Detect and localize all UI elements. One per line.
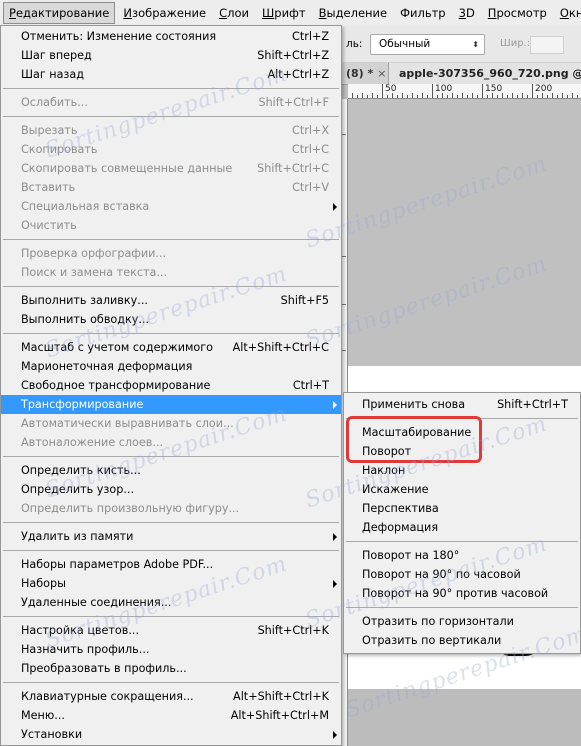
edit-menu-item-преобразовать-в-профиль[interactable]: Преобразовать в профиль... <box>1 659 341 678</box>
menubar-item-6[interactable]: 3D <box>454 2 480 24</box>
document-tab-active[interactable]: apple-307356_960_720.png @ 100% <box>388 63 581 85</box>
menu-item-label: Меню... <box>21 709 65 722</box>
transform-item-отразить-по-вертикали[interactable]: Отразить по вертикали <box>344 631 580 650</box>
transform-item-поворот-на-90-по-часовой[interactable]: Поворот на 90° по часовой <box>344 565 580 584</box>
canvas-pasteboard <box>348 99 581 366</box>
menu-separator <box>3 88 339 89</box>
menu-item-label: Масштаб с учетом содержимого <box>21 341 213 354</box>
ruler-tick <box>397 95 398 98</box>
ruler-tick <box>402 93 403 98</box>
menu-item-label: Отразить по горизонтали <box>362 615 514 628</box>
menubar-item-7[interactable]: Просмотр <box>483 2 552 24</box>
submenu-arrow-icon <box>333 731 337 739</box>
menu-item-label: Определить произвольную фигуру... <box>21 502 239 515</box>
menubar-item-8[interactable]: Окно <box>555 2 581 24</box>
menu-item-shortcut: Shift+Ctrl+K <box>258 621 329 640</box>
menu-item-label: Вырезать <box>21 124 77 137</box>
menu-separator <box>3 239 339 240</box>
transform-item-применить-снова[interactable]: Применить сноваShift+Ctrl+T <box>344 395 580 414</box>
menu-item-shortcut: Ctrl+X <box>292 121 329 140</box>
menu-item-label: Клавиатурные сокращения... <box>21 690 194 703</box>
menu-item-label: Поворот на 90° против часовой <box>362 587 548 600</box>
ruler-label: 100 <box>432 84 452 94</box>
edit-menu-item-выполнить-заливку[interactable]: Выполнить заливку...Shift+F5 <box>1 291 341 310</box>
menu-item-shortcut: Shift+Ctrl+F <box>258 93 329 112</box>
menu-bar: РедактированиеИзображениеСлоиШрифтВыделе… <box>0 0 581 26</box>
ruler-tick <box>557 95 558 98</box>
ruler-tick <box>422 93 423 98</box>
edit-menu-item-наборы[interactable]: Наборы <box>1 574 341 593</box>
menu-item-label: Отразить по вертикали <box>362 634 501 647</box>
ruler-tick <box>447 95 448 98</box>
menu-separator <box>3 682 339 683</box>
menu-item-label: Свободное трансформирование <box>21 379 210 392</box>
menu-item-label: Перспектива <box>362 502 439 515</box>
edit-menu: Отменить: Изменение состоянияCtrl+ZШаг в… <box>0 25 342 746</box>
menu-item-shortcut: Ctrl+T <box>293 376 329 395</box>
transform-item-перспектива[interactable]: Перспектива <box>344 499 580 518</box>
menu-separator <box>3 286 339 287</box>
ruler-tick <box>562 93 563 98</box>
menu-item-label: Шаг назад <box>21 68 84 81</box>
menu-item-shortcut: Shift+Ctrl+T <box>497 395 568 414</box>
menu-item-label: Ослабить... <box>21 96 88 109</box>
menu-separator <box>346 541 578 542</box>
transform-item-наклон[interactable]: Наклон <box>344 461 580 480</box>
menu-item-label: Шаг вперед <box>21 49 92 62</box>
menu-item-label: Назначить профиль... <box>21 643 149 656</box>
menu-separator <box>3 616 339 617</box>
ruler-label: 50 <box>382 84 396 94</box>
menu-item-shortcut: Shift+F5 <box>281 291 329 310</box>
menu-item-label: Преобразовать в профиль... <box>21 662 187 675</box>
transform-item-искажение[interactable]: Искажение <box>344 480 580 499</box>
edit-menu-item-вырезать: ВырезатьCtrl+X <box>1 121 341 140</box>
edit-menu-item-скопировать: СкопироватьCtrl+C <box>1 140 341 159</box>
menu-item-label: Поиск и замена текста... <box>21 266 167 279</box>
menu-item-label: Очистить <box>21 219 77 232</box>
menu-item-label: Скопировать совмещенные данные <box>21 162 232 175</box>
menu-item-label: Скопировать <box>21 143 98 156</box>
edit-menu-item-проверка-орфографии: Проверка орфографии... <box>1 244 341 263</box>
edit-menu-item-определить-узор[interactable]: Определить узор... <box>1 480 341 499</box>
edit-menu-item-назначить-профиль[interactable]: Назначить профиль... <box>1 640 341 659</box>
ruler-tick <box>472 93 473 98</box>
menu-item-label: Наборы <box>21 577 66 590</box>
ruler-tick <box>572 93 573 98</box>
ruler-tick <box>357 95 358 98</box>
menu-item-label: Определить узор... <box>21 483 134 496</box>
menu-item-label: Применить снова <box>362 398 465 411</box>
menu-item-shortcut: Shift+Ctrl+Z <box>257 46 329 65</box>
submenu-arrow-icon <box>333 203 337 211</box>
width-input[interactable] <box>530 36 564 54</box>
edit-menu-item-отменить-изменение-состояния[interactable]: Отменить: Изменение состоянияCtrl+Z <box>1 27 341 46</box>
menu-item-shortcut: Alt+Shift+Ctrl+K <box>233 687 329 706</box>
menu-item-label: Искажение <box>362 483 429 496</box>
edit-menu-item-свободное-трансформирование[interactable]: Свободное трансформированиеCtrl+T <box>1 376 341 395</box>
ruler-tick <box>467 95 468 98</box>
menu-item-label: Трансформирование <box>21 398 143 411</box>
menu-item-shortcut: Alt+Shift+Ctrl+C <box>233 338 329 357</box>
menu-item-label: Специальная вставка <box>21 200 149 213</box>
menu-item-label: Наборы параметров Adobe PDF... <box>21 558 213 571</box>
menu-item-label: Вставить <box>21 181 75 194</box>
tab-title: (8) * <box>346 67 373 80</box>
transform-item-поворот-на-180[interactable]: Поворот на 180° <box>344 546 580 565</box>
ruler-tick <box>367 95 368 98</box>
ruler-label: 150 <box>482 84 502 94</box>
edit-menu-item-шаг-вперед[interactable]: Шаг впередShift+Ctrl+Z <box>1 46 341 65</box>
edit-menu-item-наборы-параметров-adobe-pdf[interactable]: Наборы параметров Adobe PDF... <box>1 555 341 574</box>
edit-menu-item-определить-произвольную-фигуру: Определить произвольную фигуру... <box>1 499 341 518</box>
ruler-tick <box>462 93 463 98</box>
menu-item-shortcut: Alt+Shift+Ctrl+M <box>231 706 329 725</box>
menubar-item-5[interactable]: Фильтр <box>395 2 451 24</box>
edit-menu-item-трансформирование[interactable]: Трансформирование <box>1 395 341 414</box>
document-tab-previous[interactable]: (8) *× <box>346 63 387 85</box>
close-icon[interactable]: × <box>377 67 386 80</box>
menubar-item-3[interactable]: Шрифт <box>257 2 311 24</box>
ruler-tick <box>527 95 528 98</box>
ruler-label: 200 <box>532 84 552 94</box>
edit-menu-item-вставить: ВставитьCtrl+V <box>1 178 341 197</box>
menu-item-label: Автоматически выравнивать слои... <box>21 417 234 430</box>
menu-item-label: Поворот на 90° по часовой <box>362 568 521 581</box>
ruler-tick <box>567 95 568 98</box>
edit-menu-item-масштаб-с-учетом-содержимого[interactable]: Масштаб с учетом содержимогоAlt+Shift+Ct… <box>1 338 341 357</box>
width-label: Шир.: <box>500 38 530 49</box>
blend-mode-value: Обычный <box>379 38 430 50</box>
menu-item-label: Деформация <box>362 521 438 534</box>
menu-separator <box>3 522 339 523</box>
menu-item-shortcut: Ctrl+C <box>292 140 329 159</box>
submenu-arrow-icon <box>333 401 337 409</box>
edit-menu-item-марионеточная-деформация[interactable]: Марионеточная деформация <box>1 357 341 376</box>
menu-item-label: Отменить: Изменение состояния <box>21 30 216 43</box>
ruler-tick <box>487 95 488 98</box>
menu-separator <box>3 116 339 117</box>
menubar-item-0[interactable]: Редактирование <box>3 2 115 24</box>
menu-item-shortcut: Ctrl+V <box>292 178 329 197</box>
menu-item-label: Проверка орфографии... <box>21 247 166 260</box>
canvas-pasteboard-bottom <box>348 689 581 746</box>
ruler-tick <box>407 95 408 98</box>
ruler-tick <box>507 95 508 98</box>
edit-menu-item-поиск-и-замена-текста: Поиск и замена текста... <box>1 263 341 282</box>
ruler-tick <box>417 95 418 98</box>
menu-item-label: Наклон <box>362 464 405 477</box>
mode-label: ль: <box>346 38 362 50</box>
menubar-item-1[interactable]: Изображение <box>118 2 211 24</box>
ruler-tick <box>372 93 373 98</box>
ruler-tick <box>537 95 538 98</box>
edit-menu-item-удаленные-соединения[interactable]: Удаленные соединения... <box>1 593 341 612</box>
blend-mode-select[interactable]: Обычный ⬍ <box>370 34 485 55</box>
annotation-highlight-box <box>346 416 482 463</box>
menu-item-shortcut: Alt+Ctrl+Z <box>268 65 329 84</box>
ruler-tick <box>477 95 478 98</box>
ruler-tick <box>457 95 458 98</box>
edit-menu-item-меню[interactable]: Меню...Alt+Shift+Ctrl+M <box>1 706 341 725</box>
ruler-tick <box>412 93 413 98</box>
menu-item-label: Выполнить заливку... <box>21 294 148 307</box>
menu-item-shortcut: Ctrl+Z <box>292 27 329 46</box>
ruler-tick <box>387 95 388 98</box>
ruler-tick <box>517 95 518 98</box>
submenu-arrow-icon <box>333 580 337 588</box>
menu-item-label: Настройка цветов... <box>21 624 139 637</box>
ruler-tick <box>427 95 428 98</box>
edit-menu-item-автоналожение-слоев: Автоналожение слоев... <box>1 433 341 452</box>
edit-menu-item-установки[interactable]: Установки <box>1 725 341 744</box>
menu-separator <box>3 456 339 457</box>
edit-menu-item-клавиатурные-сокращения[interactable]: Клавиатурные сокращения...Alt+Shift+Ctrl… <box>1 687 341 706</box>
ruler-tick <box>362 93 363 98</box>
menubar-item-4[interactable]: Выделение <box>314 2 393 24</box>
menu-separator <box>3 333 339 334</box>
menu-item-label: Установки <box>21 728 82 741</box>
document-tab-bar: (8) *× apple-307356_960_720.png @ 100% <box>340 63 581 85</box>
ruler-tick <box>497 95 498 98</box>
edit-menu-item-определить-кисть[interactable]: Определить кисть... <box>1 461 341 480</box>
menu-separator <box>3 550 339 551</box>
menu-item-label: Поворот на 180° <box>362 549 459 562</box>
menu-separator <box>346 607 578 608</box>
transform-item-отразить-по-горизонтали[interactable]: Отразить по горизонтали <box>344 612 580 631</box>
ruler-tick <box>577 95 578 98</box>
horizontal-ruler: 50100150200 <box>348 84 581 99</box>
ruler-tick <box>512 93 513 98</box>
ruler-tick <box>547 95 548 98</box>
ruler-tick <box>437 95 438 98</box>
edit-menu-item-ослабить: Ослабить...Shift+Ctrl+F <box>1 93 341 112</box>
updown-arrow-icon: ⬍ <box>472 35 479 54</box>
edit-menu-item-автоматически-выравнивать-слои: Автоматически выравнивать слои... <box>1 414 341 433</box>
options-bar: ль: Обычный ⬍ Шир.: <box>340 26 581 63</box>
transform-item-деформация[interactable]: Деформация <box>344 518 580 537</box>
submenu-arrow-icon <box>333 533 337 541</box>
menu-item-label: Определить кисть... <box>21 464 141 477</box>
menubar-item-2[interactable]: Слои <box>214 2 254 24</box>
ruler-tick <box>377 95 378 98</box>
edit-menu-item-удалить-из-памяти[interactable]: Удалить из памяти <box>1 527 341 546</box>
ruler-tick <box>522 93 523 98</box>
edit-menu-item-выполнить-обводку[interactable]: Выполнить обводку... <box>1 310 341 329</box>
menu-item-label: Марионеточная деформация <box>21 360 192 373</box>
menu-item-label: Выполнить обводку... <box>21 313 149 326</box>
edit-menu-item-шаг-назад[interactable]: Шаг назадAlt+Ctrl+Z <box>1 65 341 84</box>
menu-item-shortcut: Shift+Ctrl+C <box>257 159 329 178</box>
transform-item-поворот-на-90-против-часовой[interactable]: Поворот на 90° против часовой <box>344 584 580 603</box>
menu-item-label: Автоналожение слоев... <box>21 436 163 449</box>
edit-menu-item-очистить: Очистить <box>1 216 341 235</box>
edit-menu-item-специальная-вставка: Специальная вставка <box>1 197 341 216</box>
menu-item-label: Удалить из памяти <box>21 530 133 543</box>
edit-menu-item-скопировать-совмещенные-данные: Скопировать совмещенные данныеShift+Ctrl… <box>1 159 341 178</box>
ruler-tick <box>352 93 353 98</box>
menu-item-label: Удаленные соединения... <box>21 596 171 609</box>
edit-menu-item-настройка-цветов[interactable]: Настройка цветов...Shift+Ctrl+K <box>1 621 341 640</box>
